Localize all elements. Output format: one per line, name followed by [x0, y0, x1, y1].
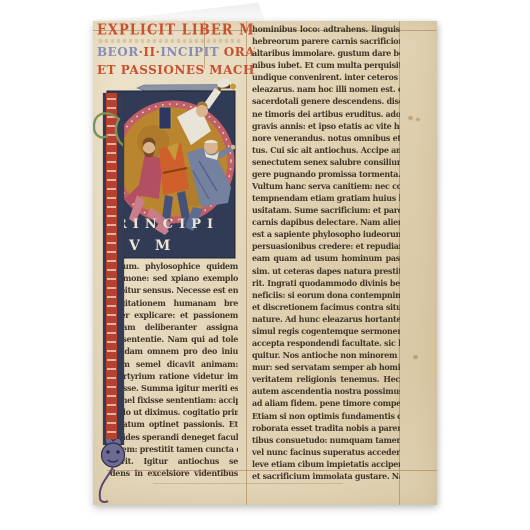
card-front: EXPLICIT LIBER MACHA BEOR·II·INCIPIT ORA… [93, 21, 437, 505]
text-line: hebreorum parere carnis sacrificiorum [252, 35, 400, 47]
text-line: tibus consuetudo: numquam tamen cedere [252, 434, 400, 446]
rubric-line-1: EXPLICIT LIBER MACHA [97, 22, 255, 39]
text-line: tus. Cui sic ait antiochus. Accipe ante [252, 144, 400, 156]
faint-gloss-line [99, 39, 241, 43]
text-line: cipatum optinet passionis. Et [110, 418, 238, 430]
text-line: meum. phylosophice quidem [110, 260, 238, 272]
text-line: re sententie. Nam qui ad tole [110, 333, 238, 345]
text-line: plesse. Summa igitur meriti est [110, 382, 238, 394]
card-fold-back [93, 2, 265, 22]
text-line: hominibus loco: adtrahens. linguis [252, 23, 400, 35]
foxing-spot [416, 118, 420, 121]
text-line: martyrium ratione videtur im [110, 370, 238, 382]
text-line: nature. Ad hunc eleazarus hortante [252, 313, 400, 325]
text-line: eleazarus. nam hoc illi nomen est. ex [252, 83, 400, 95]
foxing-spot [408, 116, 413, 120]
text-line: eam quam ad usum hominum pas [252, 252, 400, 264]
text-line: gravis annis: et ipso etatis ac vite ho [252, 120, 400, 132]
text-line: est a sapiente phylosopho iudeorum [252, 228, 400, 240]
text-line: quitur. Nos antioche non minorem sequi [252, 349, 400, 361]
text-line: mur: sed servatam semper ab hominibus [252, 361, 400, 373]
text-line: usitatam. Sume sacrificium: et parere [252, 204, 400, 216]
text-line: vel nunc facinus superatus accederem. Ne… [252, 446, 400, 458]
text-line: autem ascendentia nostra possimus: nec [252, 385, 400, 397]
text-line: endo ut diximus. cogitatio prin [110, 406, 238, 418]
text-line: nore venerandus. notus omnibus et proba [252, 132, 400, 144]
text-line: Etiam si non optimis fundamentis cor [252, 410, 400, 422]
text-line: randam omnem pro deo iniu [110, 345, 238, 357]
text-line: riam semel dicavit animam: [110, 358, 238, 370]
text-line: undique convenirent. inter ceteros etiam [252, 71, 400, 83]
text-line: roborata esset tradita nobis a paren [252, 422, 400, 434]
rubric-line-2: BEOR·II·INCIPIT ORAT [97, 45, 255, 59]
sword-illustration [137, 77, 236, 92]
text-line: ne timoris dei artibus eruditus. adolesc… [252, 108, 400, 120]
text-line: carnis dapibus delectare. Nam alienum [252, 216, 400, 228]
text-line: altaribus immolare. gustum dare bona [252, 47, 400, 59]
text-line: rit. Ingrati quodammodo divinis be [252, 277, 400, 289]
text-line: viter explicare: et passionem [110, 309, 238, 321]
text-line: neficiis: si eorum dona contempnimus [252, 289, 400, 301]
text-line: persuasionibus credere: et repudiare et [252, 240, 400, 252]
text-line: ipsam deliberanter assigna [110, 321, 238, 333]
right-text-column: hominibus loco: adtrahens. linguishebreo… [252, 23, 400, 482]
initial-text-line-2: VM [129, 238, 185, 254]
initial-text-line-1: RINCIPI [116, 217, 219, 232]
text-line: tempnendam etiam gratiam huius loci [252, 192, 400, 204]
text-line: simul regis cogentemque sermonem: [252, 325, 400, 337]
vine-flourish [93, 107, 123, 151]
grotesque-mask-ornament [95, 439, 137, 505]
text-line: nibus iubet. Et cum multa perquisita [252, 59, 400, 71]
greeting-card-mockup[interactable]: EXPLICIT LIBER MACHA BEOR·II·INCIPIT ORA… [0, 0, 530, 530]
text-line: accepta respondendi facultate. sic lo [252, 337, 400, 349]
text-line: veritatem religionis tenemus. Hec [252, 373, 400, 385]
ruling-line [246, 21, 247, 505]
text-line: senectutem senex salubre consilium: effu [252, 156, 400, 168]
rubric-line-3: ET PASSIONES MACHABEOR [97, 63, 255, 77]
text-line: leve etiam cibum impietatis accipere: [252, 458, 400, 470]
ruling-line [153, 483, 343, 484]
text-line: capitur sensus. Necesse est enim [110, 284, 238, 296]
text-line: et sacrificium immolata gustare. Nam [252, 470, 400, 482]
text-line: ad aliam fidem. pene timore compelli. [252, 397, 400, 409]
illuminated-initial-P: RINCIPI VM [107, 91, 235, 258]
text-line: Vultum hanc serva canitiem: nec con [252, 180, 400, 192]
rubric-heading: EXPLICIT LIBER MACHA BEOR·II·INCIPIT ORA… [97, 22, 255, 77]
foxing-spot [413, 355, 418, 359]
text-line: et discretionem facimus contra situm [252, 301, 400, 313]
text-line: sermone: sed xpiano exemplo [110, 272, 238, 284]
text-line: gere pugnando promissa tormenta. [252, 168, 400, 180]
text-line: cogitationem humanam bre [110, 297, 238, 309]
text-line: semel fixisse sententiam: accipi [110, 394, 238, 406]
martyrdom-miniature [107, 91, 235, 258]
text-line: sacerdotali genere descendens. discipli [252, 95, 400, 107]
text-line: sim. ut ceteras dapes natura prestite [252, 265, 400, 277]
